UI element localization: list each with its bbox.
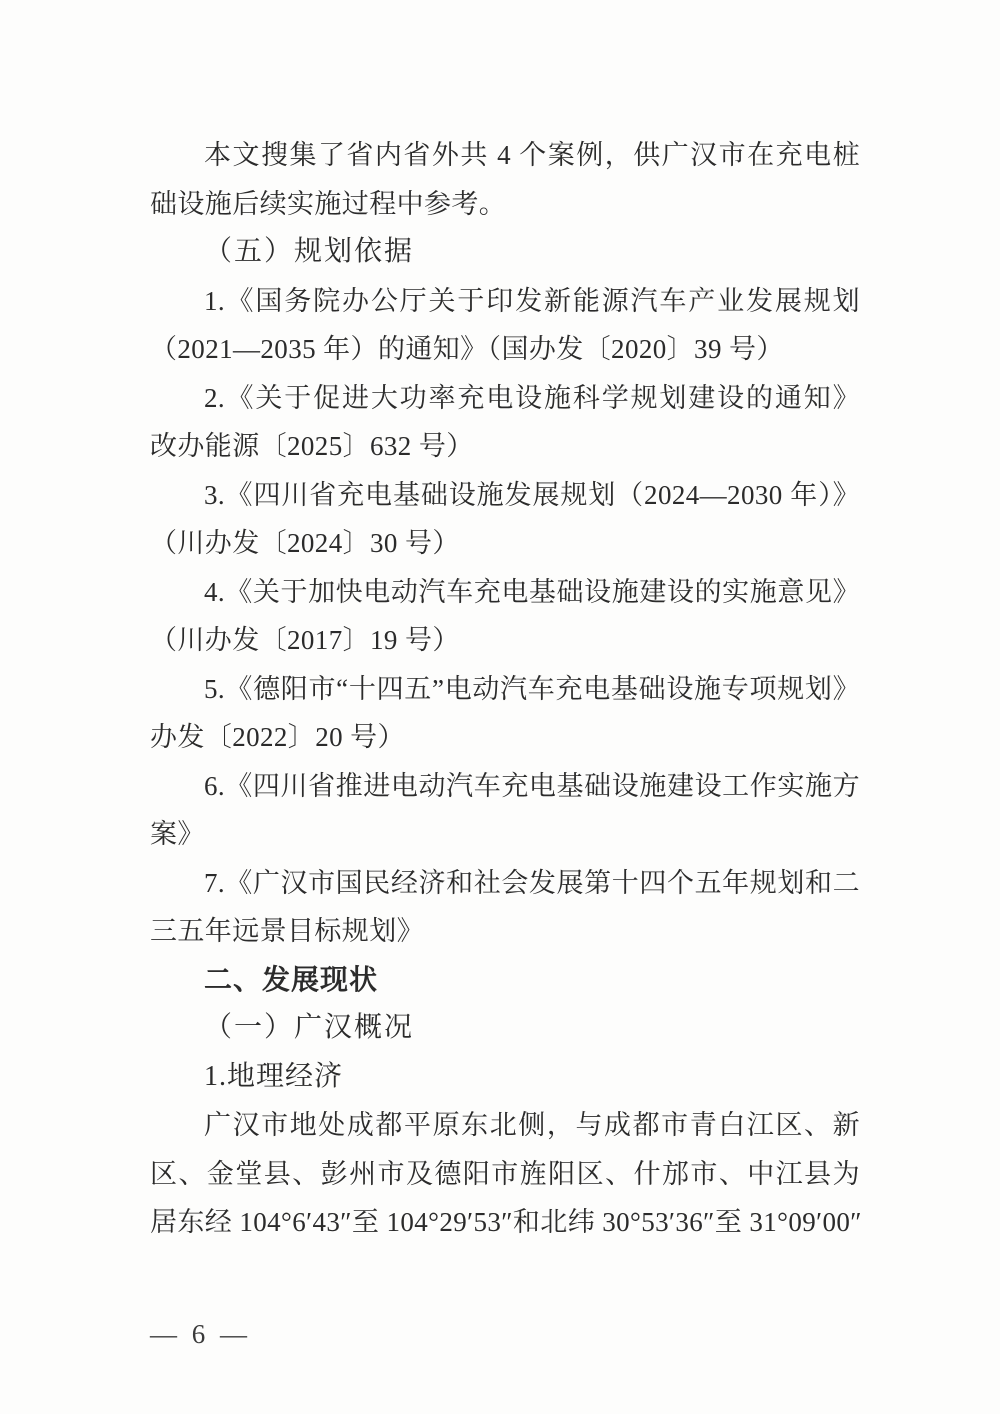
heading-geography-economy: 1.地理经济	[150, 1053, 860, 1102]
intro-paragraph-line-1: 本文搜集了省内省外共 4 个案例，供广汉市在充电桩基	[150, 131, 860, 180]
ref-item-3-line-2: （川办发〔2024〕30 号）	[150, 519, 860, 568]
ref-item-7-line-2: 三五年远景目标规划》	[150, 907, 860, 956]
ref-item-5-line-2: 办发〔2022〕20 号）	[150, 713, 860, 762]
ref-item-2-line-2: 改办能源〔2025〕632 号）	[150, 422, 860, 471]
geo-paragraph-line-1: 广汉市地处成都平原东北侧，与成都市青白江区、新都	[150, 1101, 860, 1150]
ref-item-1-line-2: （2021—2035 年）的通知》（国办发〔2020〕39 号）	[150, 325, 860, 374]
heading-section-2-development-status: 二、发展现状	[150, 956, 860, 1005]
ref-item-6-line-1: 6.《四川省推进电动汽车充电基础设施建设工作实施方	[150, 762, 860, 811]
page-number: — 6 —	[150, 1318, 251, 1350]
ref-item-3-line-1: 3.《四川省充电基础设施发展规划（2024—2030 年）》	[150, 471, 860, 520]
heading-planning-basis: （五）规划依据	[150, 228, 860, 277]
geo-paragraph-line-2: 区、金堂县、彭州市及德阳市旌阳区、什邡市、中江县为邻。	[150, 1150, 860, 1199]
ref-item-4-line-1: 4.《关于加快电动汽车充电基础设施建设的实施意见》	[150, 568, 860, 617]
intro-paragraph-line-2: 础设施后续实施过程中参考。	[150, 180, 860, 229]
ref-item-2-line-1: 2.《关于促进大功率充电设施科学规划建设的通知》（发	[150, 374, 860, 423]
document-page: 本文搜集了省内省外共 4 个案例，供广汉市在充电桩基 础设施后续实施过程中参考。…	[0, 0, 1000, 1414]
ref-item-1-line-1: 1.《国务院办公厅关于印发新能源汽车产业发展规划	[150, 277, 860, 326]
ref-item-5-line-1: 5.《德阳市“十四五”电动汽车充电基础设施专项规划》(德	[150, 665, 860, 714]
geo-paragraph-line-3: 居东经 104°6′43″至 104°29′53″和北纬 30°53′36″至 …	[150, 1198, 860, 1247]
ref-item-7-line-1: 7.《广汉市国民经济和社会发展第十四个五年规划和二 O	[150, 859, 860, 908]
ref-item-4-line-2: （川办发〔2017〕19 号）	[150, 616, 860, 665]
document-body: 本文搜集了省内省外共 4 个案例，供广汉市在充电桩基 础设施后续实施过程中参考。…	[150, 131, 860, 1247]
heading-guanghan-overview: （一）广汉概况	[150, 1004, 860, 1053]
ref-item-6-line-2: 案》	[150, 810, 860, 859]
